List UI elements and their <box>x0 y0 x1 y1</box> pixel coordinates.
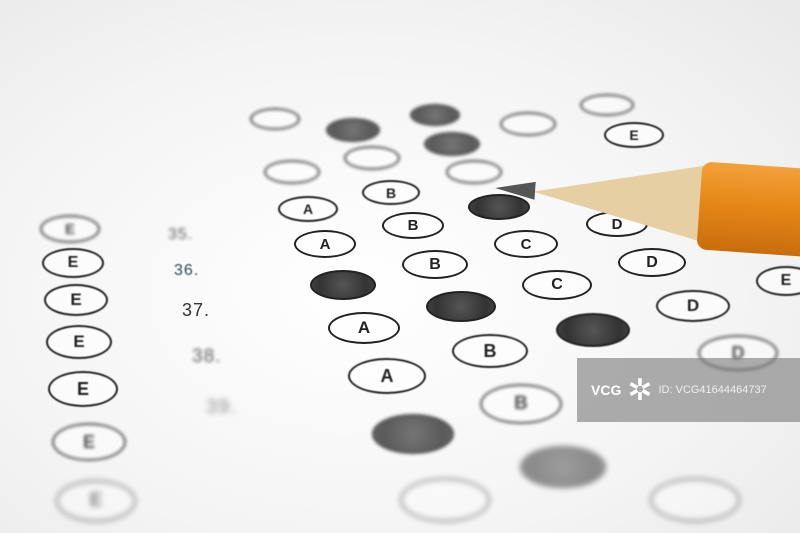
bubble-filled <box>410 104 460 126</box>
bubble-e: E <box>44 284 108 316</box>
pencil-body <box>696 161 800 258</box>
bubble-filled <box>310 270 376 300</box>
bubble-e: E <box>40 215 100 243</box>
bubble-e: E <box>42 248 104 278</box>
question-number: 39. <box>206 396 237 419</box>
bubble-a: A <box>294 230 356 258</box>
vcg-star-icon: ✲ <box>627 373 652 408</box>
bubble-filled <box>372 414 454 454</box>
bubble-filled <box>556 313 630 347</box>
bubble-e: E <box>48 371 118 407</box>
question-number: 36. <box>174 262 199 280</box>
bubble-e: E <box>756 266 800 296</box>
watermark-logo: VCG <box>591 382 621 398</box>
bubble-a: A <box>278 196 338 222</box>
bubble-d: D <box>656 290 730 322</box>
bubble-c: C <box>522 270 592 300</box>
bubble-filled <box>520 446 606 488</box>
bubble-e: E <box>604 122 664 148</box>
bubble-filled <box>424 132 480 156</box>
bubble-a: A <box>348 358 426 394</box>
bubble-b: B <box>382 212 444 239</box>
bubble-blurred <box>580 94 634 116</box>
watermark-id: ID: VCG41644464737 <box>658 384 766 396</box>
watermark: VCG ✲ ID: VCG41644464737 <box>577 358 800 422</box>
bubble-b: B <box>402 250 468 279</box>
bubble-b: B <box>480 384 562 424</box>
bubble-blurred <box>446 160 502 184</box>
bubble-b: B <box>362 180 420 205</box>
pencil-lead <box>495 179 536 200</box>
bubble-blurred <box>400 478 490 522</box>
bubble-filled <box>426 291 496 322</box>
bubble-blurred <box>650 478 740 522</box>
bubble-filled <box>326 118 380 142</box>
bubble-d: D <box>618 248 686 277</box>
bubble-a: A <box>328 312 400 344</box>
bubble-blurred <box>264 160 320 184</box>
question-number: 35. <box>168 226 193 244</box>
bubble-b: B <box>452 334 528 368</box>
bubble-blurred <box>250 108 300 130</box>
pencil-wood-tip <box>530 154 705 242</box>
question-number: 38. <box>192 346 221 368</box>
bubble-e: E <box>56 480 136 522</box>
bubble-e: E <box>46 325 112 359</box>
bubble-blurred <box>344 146 400 170</box>
bubble-e: E <box>52 423 126 461</box>
question-number: 37. <box>182 300 210 321</box>
answer-sheet-photo: E E E E E E E 35. 36. 37. 38. 39. A B A … <box>0 0 800 533</box>
bubble-blurred <box>500 112 556 136</box>
